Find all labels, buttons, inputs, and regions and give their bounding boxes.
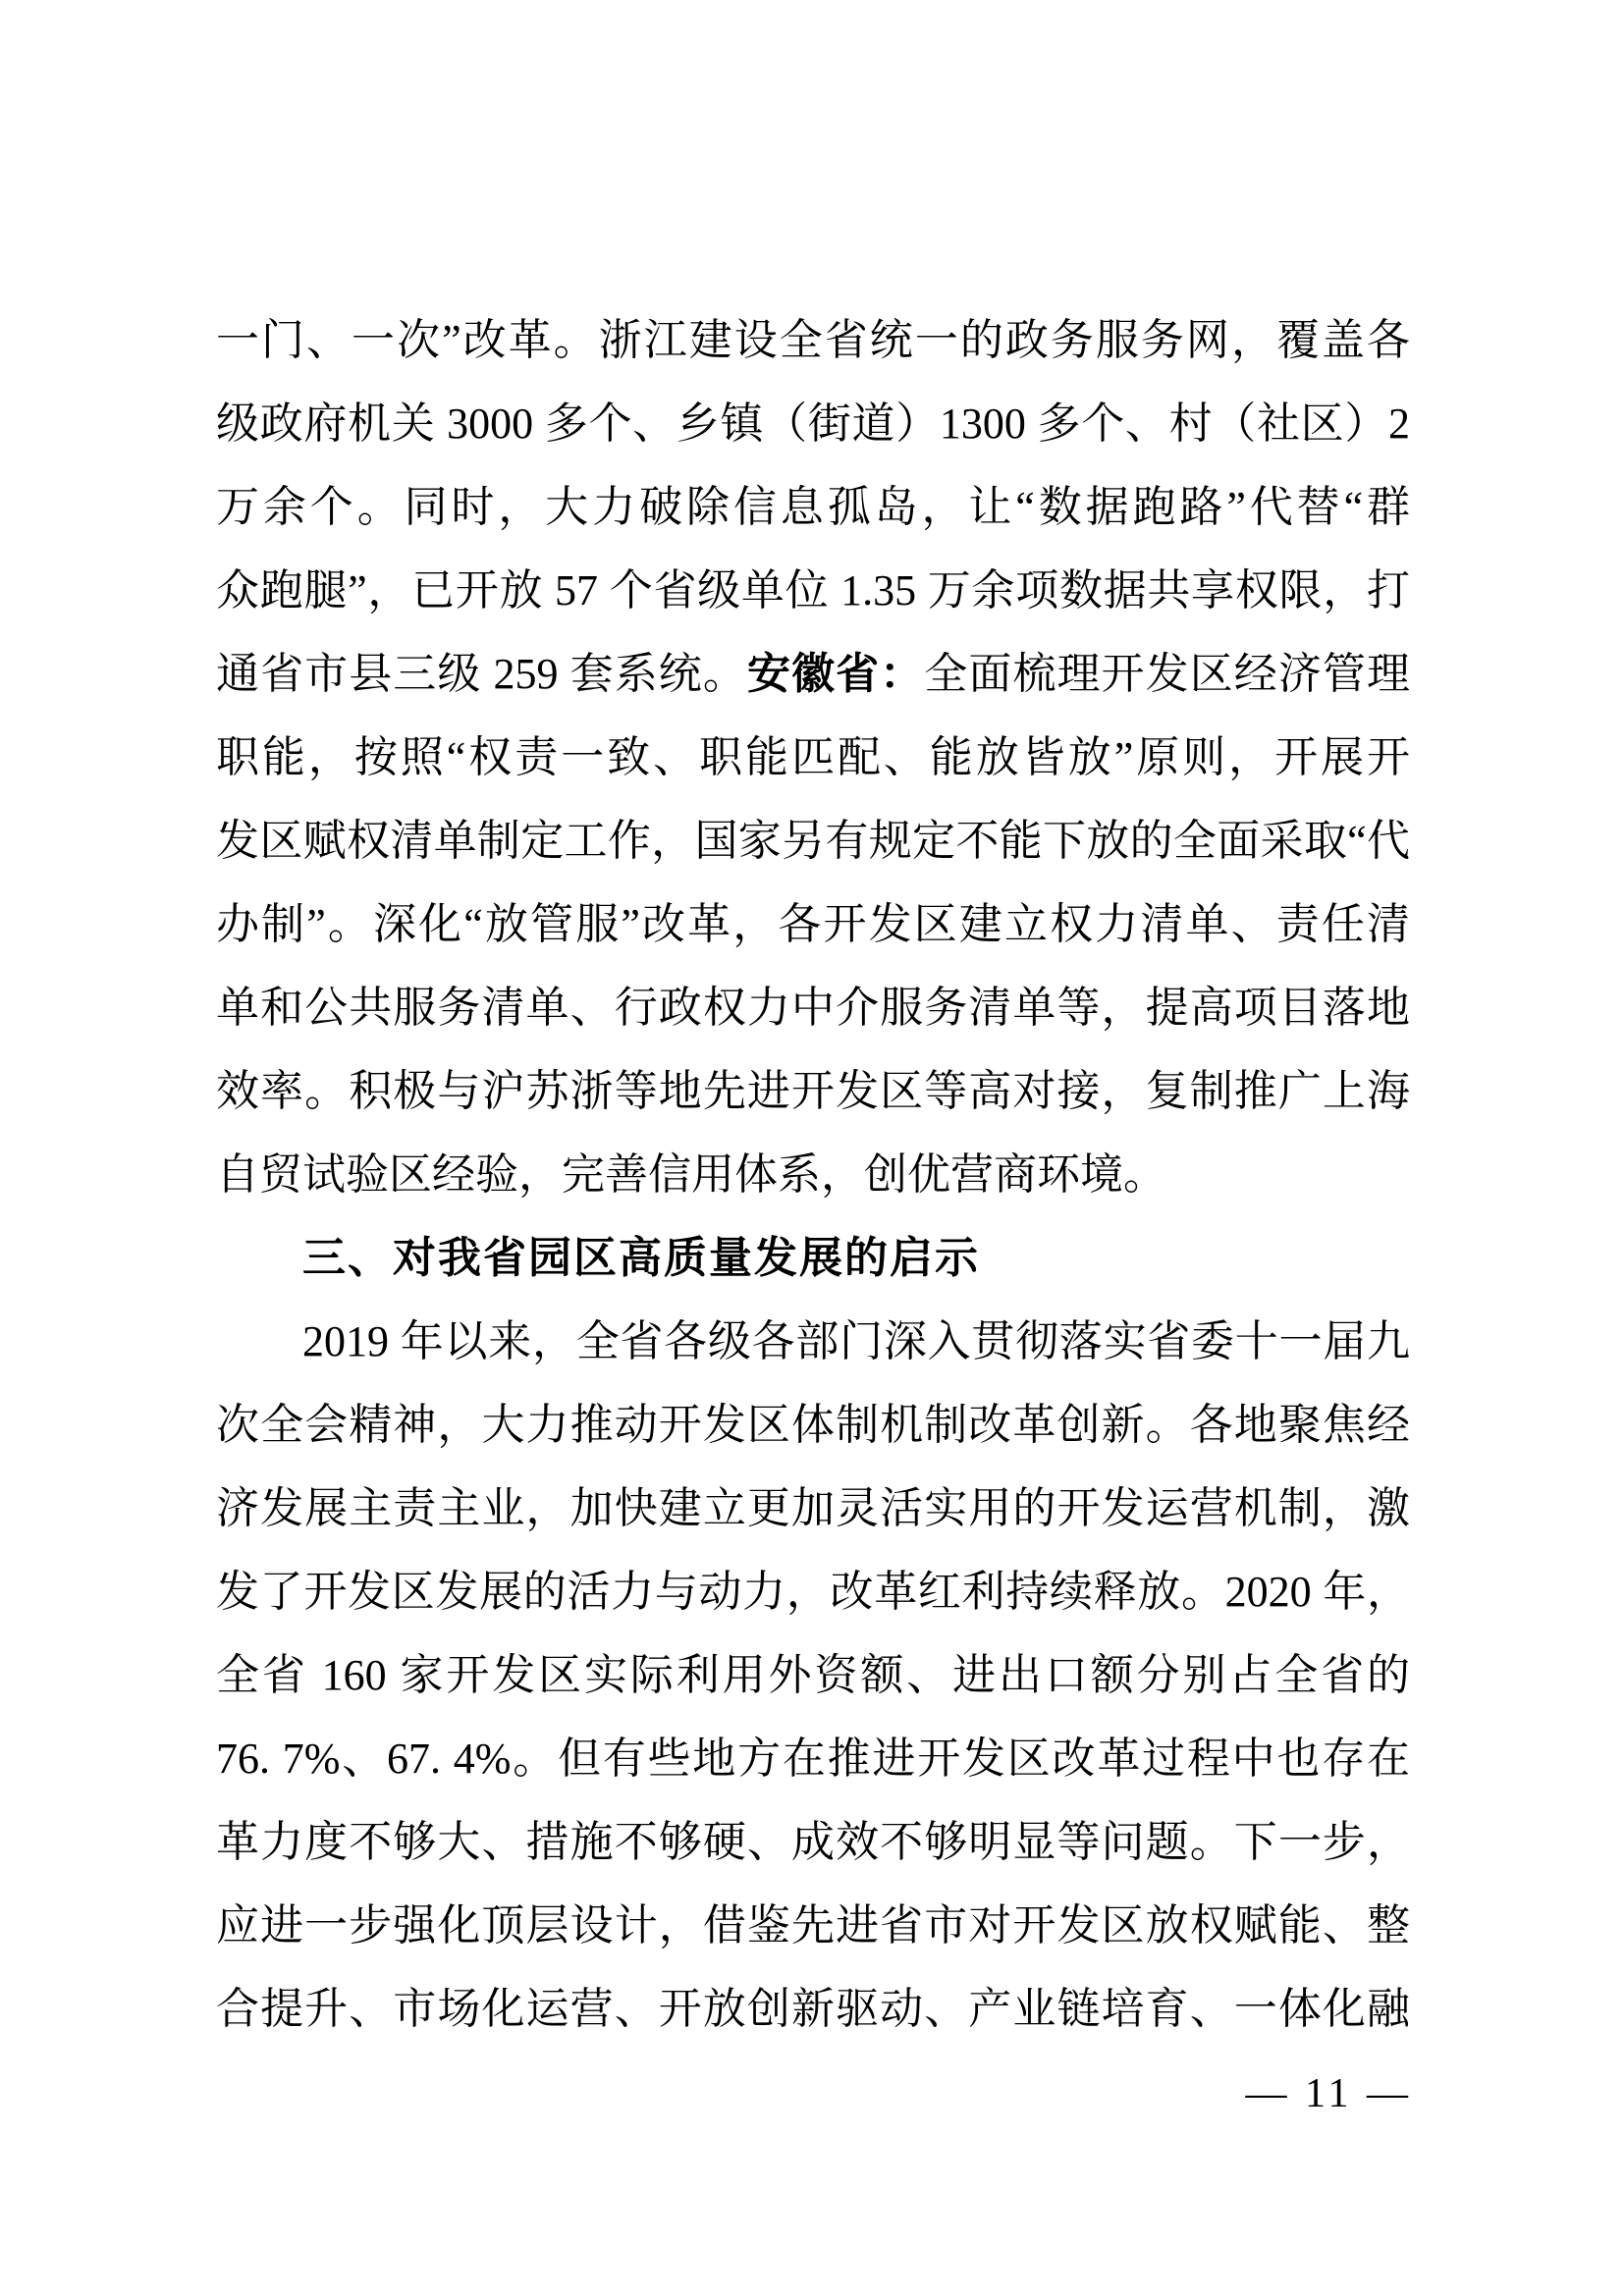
body-line-paragraph-end: 自贸试验区经验，完善信用体系，创优营商环境。: [216, 1133, 1410, 1216]
body-line: 合提升、市场化运营、开放创新驱动、产业链培育、一体化融: [216, 1967, 1410, 2051]
document-page: 一门、一次”改革。浙江建设全省统一的政务服务网，覆盖各 级政府机关 3000 多…: [0, 0, 1624, 2296]
body-line: 单和公共服务清单、行政权力中介服务清单等，提高项目落地: [216, 966, 1410, 1049]
body-line: 效率。积极与沪苏浙等地先进开发区等高对接，复制推广上海: [216, 1049, 1410, 1133]
body-line: 次全会精神，大力推动开发区体制机制改革创新。各地聚焦经: [216, 1383, 1410, 1467]
body-line: 济发展主责主业，加快建立更加灵活实用的开发运营机制，激: [216, 1467, 1410, 1550]
body-line: 革力度不够大、措施不够硬、成效不够明显等问题。下一步，: [216, 1800, 1410, 1884]
body-line-paragraph-start: 2019 年以来，全省各级各部门深入贯彻落实省委十一届九: [216, 1300, 1410, 1383]
body-line: 发了开发区发展的活力与动力，改革红利持续释放。2020 年，: [216, 1550, 1410, 1633]
page-number: — 11 —: [1246, 2069, 1412, 2118]
body-line: 级政府机关 3000 多个、乡镇（街道）1300 多个、村（社区）2: [216, 382, 1410, 465]
section-heading: 三、对我省园区高质量发展的启示: [216, 1216, 1410, 1300]
body-line: 发区赋权清单制定工作，国家另有规定不能下放的全面采取“代: [216, 799, 1410, 882]
province-label-anhui: 安徽省：: [747, 650, 924, 698]
body-line: 万余个。同时，大力破除信息孤岛，让“数据跑路”代替“群: [216, 465, 1410, 549]
body-line: 职能，按照“权责一致、职能匹配、能放皆放”原则，开展开: [216, 716, 1410, 799]
body-line-with-bold-label: 通省市县三级 259 套系统。安徽省：全面梳理开发区经济管理: [216, 632, 1410, 716]
body-line: 76. 7%、67. 4%。但有些地方在推进开发区改革过程中也存在改: [216, 1717, 1410, 1800]
body-text: 通省市县三级 259 套系统。: [216, 650, 747, 698]
body-line: 应进一步强化顶层设计，借鉴先进省市对开发区放权赋能、整: [216, 1884, 1410, 1967]
body-line: 众跑腿”，已开放 57 个省级单位 1.35 万余项数据共享权限，打: [216, 549, 1410, 632]
body-text: 全面梳理开发区经济管理: [924, 650, 1410, 698]
document-body: 一门、一次”改革。浙江建设全省统一的政务服务网，覆盖各 级政府机关 3000 多…: [216, 298, 1410, 2051]
body-line: 一门、一次”改革。浙江建设全省统一的政务服务网，覆盖各: [216, 298, 1410, 382]
body-line: 全省 160 家开发区实际利用外资额、进出口额分别占全省的: [216, 1633, 1410, 1717]
body-line: 办制”。深化“放管服”改革，各开发区建立权力清单、责任清: [216, 882, 1410, 966]
